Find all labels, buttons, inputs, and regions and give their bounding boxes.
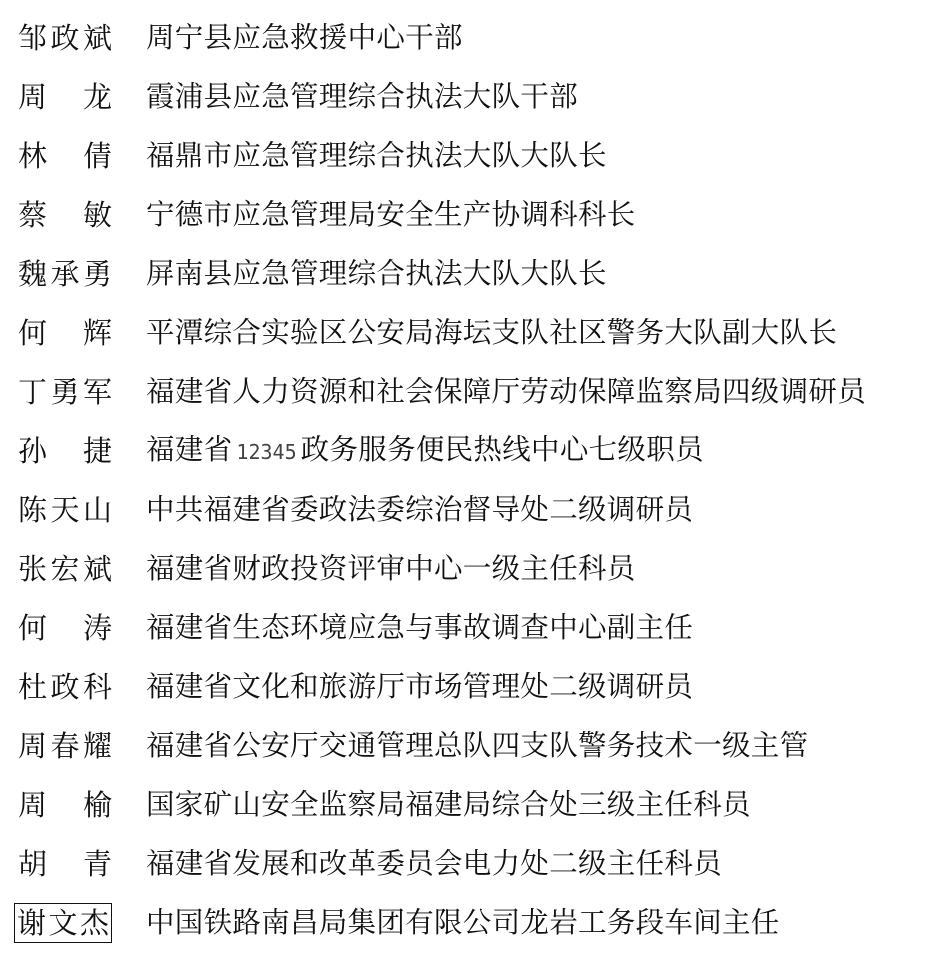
person-title: 福建省公安厅交通管理总队四支队警务技术一级主管 <box>146 728 808 764</box>
name-char: 周 <box>18 787 47 823</box>
name-char: 杰 <box>80 904 109 942</box>
personnel-list: 邹 政 斌 周宁县应急救援中心干部 周 龙 霞浦县应急管理综合执法大队干部 林 … <box>0 8 946 952</box>
hotline-number: 12345 <box>232 440 300 464</box>
person-name: 魏 承 勇 <box>18 256 112 292</box>
name-char: 谢 <box>17 904 46 942</box>
title-suffix: 政务服务便民热线中心七级职员 <box>301 433 704 466</box>
name-char: 捷 <box>83 433 112 469</box>
list-item: 魏 承 勇 屏南县应急管理综合执法大队大队长 <box>0 244 946 303</box>
name-char: 杜 <box>18 669 47 705</box>
name-char: 勇 <box>50 374 79 410</box>
list-item: 蔡 敏 宁德市应急管理局安全生产协调科科长 <box>0 185 946 244</box>
name-char: 宏 <box>50 551 79 587</box>
name-char: 林 <box>18 138 47 174</box>
person-name: 陈 天 山 <box>18 492 112 528</box>
list-item: 谢 文 杰 中国铁路南昌局集团有限公司龙岩工务段车间主任 <box>0 893 946 952</box>
person-title: 屏南县应急管理综合执法大队大队长 <box>146 256 607 292</box>
name-char: 陈 <box>18 492 47 528</box>
person-name: 周 春 耀 <box>18 728 112 764</box>
name-char: 斌 <box>83 20 112 56</box>
list-item: 陈 天 山 中共福建省委政法委综治督导处二级调研员 <box>0 480 946 539</box>
person-title: 中共福建省委政法委综治督导处二级调研员 <box>146 492 693 528</box>
name-char: 耀 <box>83 728 112 764</box>
person-name: 蔡 敏 <box>18 197 112 233</box>
person-title: 福建省财政投资评审中心一级主任科员 <box>146 551 636 587</box>
name-char: 政 <box>50 669 79 705</box>
name-char: 张 <box>18 551 47 587</box>
person-name: 胡 青 <box>18 846 112 882</box>
name-char: 春 <box>50 728 79 764</box>
name-char: 敏 <box>83 197 112 233</box>
person-name: 何 辉 <box>18 315 112 351</box>
person-title: 宁德市应急管理局安全生产协调科科长 <box>146 197 636 233</box>
list-item: 胡 青 福建省发展和改革委员会电力处二级主任科员 <box>0 834 946 893</box>
person-name: 杜 政 科 <box>18 669 112 705</box>
person-name: 张 宏 斌 <box>18 551 112 587</box>
name-char: 勇 <box>83 256 112 292</box>
list-item: 林 倩 福鼎市应急管理综合执法大队大队长 <box>0 126 946 185</box>
person-title: 国家矿山安全监察局福建局综合处三级主任科员 <box>146 787 751 823</box>
title-prefix: 福建省 <box>146 433 232 466</box>
list-item: 何 辉 平潭综合实验区公安局海坛支队社区警务大队副大队长 <box>0 303 946 362</box>
name-char: 何 <box>18 315 47 351</box>
person-title: 福建省12345政务服务便民热线中心七级职员 <box>146 432 704 470</box>
name-char: 斌 <box>83 551 112 587</box>
name-char: 天 <box>50 492 79 528</box>
name-char: 胡 <box>18 846 47 882</box>
name-char: 邹 <box>18 20 47 56</box>
name-char: 蔡 <box>18 197 47 233</box>
name-char: 军 <box>83 374 112 410</box>
person-title: 福建省文化和旅游厅市场管理处二级调研员 <box>146 669 693 705</box>
name-char: 榆 <box>83 787 112 823</box>
name-char: 魏 <box>18 256 47 292</box>
list-item: 周 榆 国家矿山安全监察局福建局综合处三级主任科员 <box>0 775 946 834</box>
person-title: 福鼎市应急管理综合执法大队大队长 <box>146 138 607 174</box>
list-item: 丁 勇 军 福建省人力资源和社会保障厅劳动保障监察局四级调研员 <box>0 362 946 421</box>
list-item: 杜 政 科 福建省文化和旅游厅市场管理处二级调研员 <box>0 657 946 716</box>
person-name: 孙 捷 <box>18 433 112 469</box>
person-name: 邹 政 斌 <box>18 20 112 56</box>
person-title: 福建省发展和改革委员会电力处二级主任科员 <box>146 846 722 882</box>
list-item: 周 龙 霞浦县应急管理综合执法大队干部 <box>0 67 946 126</box>
person-name: 周 榆 <box>18 787 112 823</box>
name-char: 倩 <box>83 138 112 174</box>
person-title: 中国铁路南昌局集团有限公司龙岩工务段车间主任 <box>146 905 780 941</box>
list-item: 邹 政 斌 周宁县应急救援中心干部 <box>0 8 946 67</box>
list-item: 孙 捷 福建省12345政务服务便民热线中心七级职员 <box>0 421 946 480</box>
person-name: 丁 勇 军 <box>18 374 112 410</box>
name-char: 文 <box>48 904 77 942</box>
name-char: 山 <box>83 492 112 528</box>
person-title: 福建省人力资源和社会保障厅劳动保障监察局四级调研员 <box>146 374 866 410</box>
list-item: 何 涛 福建省生态环境应急与事故调查中心副主任 <box>0 598 946 657</box>
name-char: 承 <box>50 256 79 292</box>
person-name-highlighted: 谢 文 杰 <box>14 903 112 943</box>
person-title: 福建省生态环境应急与事故调查中心副主任 <box>146 610 693 646</box>
list-item: 张 宏 斌 福建省财政投资评审中心一级主任科员 <box>0 539 946 598</box>
name-char: 政 <box>50 20 79 56</box>
name-char: 龙 <box>83 79 112 115</box>
person-name: 林 倩 <box>18 138 112 174</box>
person-title: 平潭综合实验区公安局海坛支队社区警务大队副大队长 <box>146 315 837 351</box>
name-char: 周 <box>18 728 47 764</box>
name-char: 孙 <box>18 433 47 469</box>
person-title: 霞浦县应急管理综合执法大队干部 <box>146 79 578 115</box>
name-char: 科 <box>83 669 112 705</box>
person-name: 何 涛 <box>18 610 112 646</box>
name-char: 丁 <box>18 374 47 410</box>
person-title: 周宁县应急救援中心干部 <box>146 20 463 56</box>
name-char: 周 <box>18 79 47 115</box>
name-char: 何 <box>18 610 47 646</box>
name-char: 青 <box>83 846 112 882</box>
person-name: 周 龙 <box>18 79 112 115</box>
name-char: 辉 <box>83 315 112 351</box>
name-char: 涛 <box>83 610 112 646</box>
list-item: 周 春 耀 福建省公安厅交通管理总队四支队警务技术一级主管 <box>0 716 946 775</box>
